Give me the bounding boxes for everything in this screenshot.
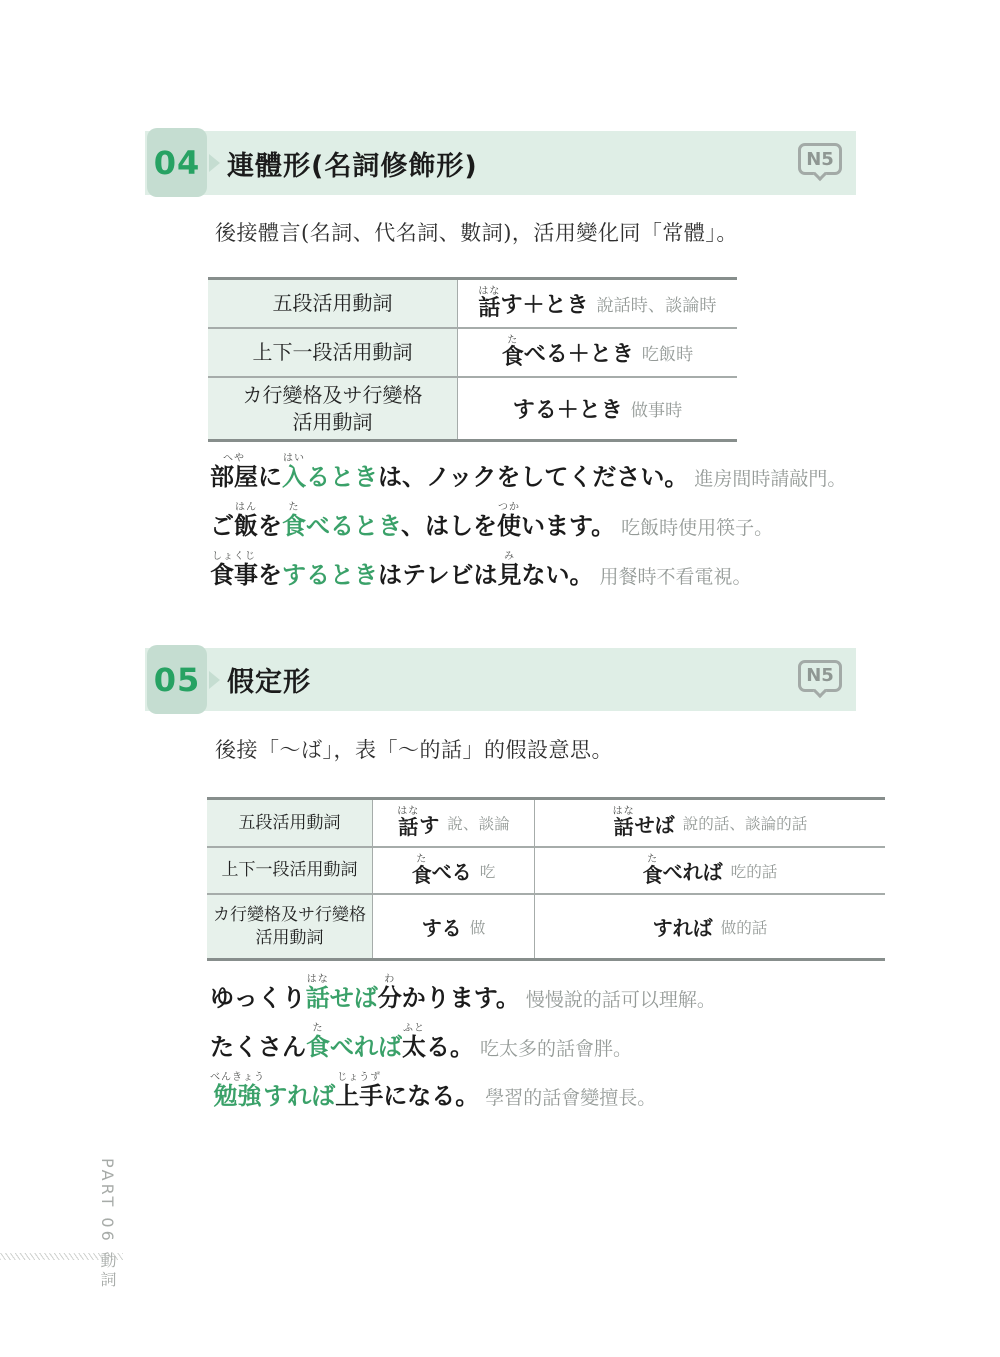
row-cell-plain: 食たべる吃 bbox=[372, 848, 534, 893]
row-label: 五段活用動詞 bbox=[207, 800, 372, 846]
row-cell-conditional: 話はなせば說的話、談論的話 bbox=[534, 800, 885, 846]
table-row: カ行變格及サ行變格 活用動詞 する＋とき做事時 bbox=[208, 376, 737, 439]
example-sentence: ゆっくり話はなせば分わかります。慢慢說的話可以理解。 bbox=[210, 974, 716, 1010]
section-number-badge: 05 bbox=[147, 645, 207, 714]
section-title: 假定形 bbox=[227, 648, 311, 711]
row-label: 上下一段活用動詞 bbox=[208, 329, 457, 376]
table-row: 上下一段活用動詞 食たべる吃 食たべれば吃的話 bbox=[207, 846, 885, 893]
row-cell-conditional: すれば做的話 bbox=[534, 895, 885, 958]
row-cell: 食たべる＋とき吃飯時 bbox=[457, 329, 737, 376]
table-row: 五段活用動詞 話はなす說、談論 話はなせば說的話、談論的話 bbox=[207, 800, 885, 846]
examples-section-04: 部屋へやに入はいるときは、ノックをしてください。進房間時請敲門。 ご飯はんを食た… bbox=[210, 453, 846, 600]
row-label: カ行變格及サ行變格 活用動詞 bbox=[208, 378, 457, 439]
table-row: カ行變格及サ行變格 活用動詞 する做 すれば做的話 bbox=[207, 893, 885, 958]
section-04-header: 04 連體形(名詞修飾形) N5 bbox=[145, 131, 856, 195]
row-cell-conditional: 食たべれば吃的話 bbox=[534, 848, 885, 893]
row-label: 上下一段活用動詞 bbox=[207, 848, 372, 893]
row-cell: する＋とき做事時 bbox=[457, 378, 737, 439]
row-cell-plain: 話はなす說、談論 bbox=[372, 800, 534, 846]
row-label: 五段活用動詞 bbox=[208, 280, 457, 327]
pointer-arrow-icon bbox=[209, 671, 220, 689]
section-title: 連體形(名詞修飾形) bbox=[227, 131, 478, 195]
example-sentence: ご飯はんを食たべるとき、はしを使つかいます。吃飯時使用筷子。 bbox=[210, 502, 846, 538]
example-sentence: 食事しょくじをするときはテレビは見みない。用餐時不看電視。 bbox=[210, 551, 846, 587]
example-sentence: たくさん食たべれば太ふとる。吃太多的話會胖。 bbox=[210, 1023, 716, 1059]
section-05-header: 05 假定形 N5 bbox=[145, 648, 856, 711]
section-intro-text: 後接「～ば」，表「～的話」的假設意思。 bbox=[215, 734, 613, 764]
n5-book-badge: N5 bbox=[798, 660, 842, 692]
part-sidebar-label: PART 06 動詞 bbox=[96, 1158, 119, 1290]
table-row: 上下一段活用動詞 食たべる＋とき吃飯時 bbox=[208, 327, 737, 376]
conjugation-table-04: 五段活用動詞 話はなす＋とき說話時、談論時 上下一段活用動詞 食たべる＋とき吃飯… bbox=[208, 277, 737, 442]
example-sentence: 部屋へやに入はいるときは、ノックをしてください。進房間時請敲門。 bbox=[210, 453, 846, 489]
table-row: 五段活用動詞 話はなす＋とき說話時、談論時 bbox=[208, 280, 737, 327]
row-cell: 話はなす＋とき說話時、談論時 bbox=[457, 280, 737, 327]
hatch-decoration bbox=[0, 1253, 123, 1260]
n5-book-badge: N5 bbox=[798, 143, 842, 175]
example-sentence: 勉強べんきょうすれば上手じょうずになる。學習的話會變擅長。 bbox=[210, 1072, 716, 1108]
row-label: カ行變格及サ行變格 活用動詞 bbox=[207, 895, 372, 958]
pointer-arrow-icon bbox=[209, 154, 220, 172]
conjugation-table-05: 五段活用動詞 話はなす說、談論 話はなせば說的話、談論的話 上下一段活用動詞 食… bbox=[207, 797, 885, 961]
row-cell-plain: する做 bbox=[372, 895, 534, 958]
examples-section-05: ゆっくり話はなせば分わかります。慢慢說的話可以理解。 たくさん食たべれば太ふとる… bbox=[210, 974, 716, 1121]
section-number-badge: 04 bbox=[147, 128, 207, 197]
section-intro-text: 後接體言(名詞、代名詞、數詞)，活用變化同「常體」。 bbox=[215, 217, 738, 247]
